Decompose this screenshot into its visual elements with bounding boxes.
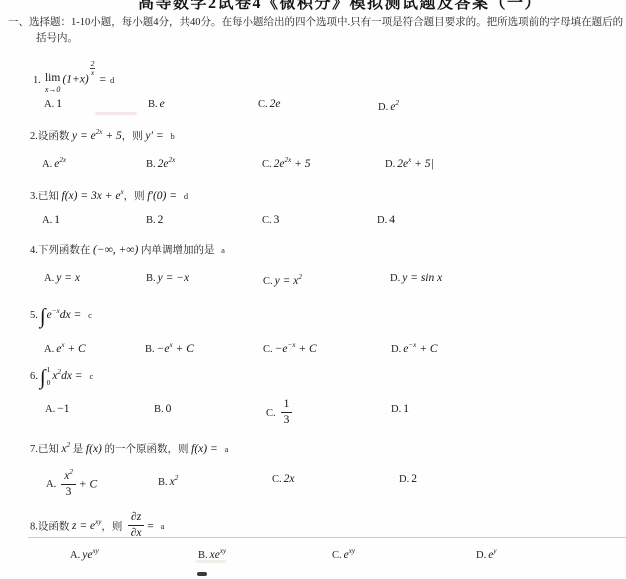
question-3-mid: ，则 [124, 191, 148, 202]
option-d-value: e−x + C [403, 343, 437, 355]
option-a: A.−1 [45, 400, 69, 418]
scan-artifact-smudge [196, 560, 226, 563]
instructions-line-1: 一、选择题：1-10小题，每小题4分，共40分。在每小题给出的四个选项中.只有一… [8, 16, 623, 30]
integral-limits: 10 [47, 366, 51, 386]
option-b-value: −ex + C [157, 343, 194, 355]
question-1-stem: 1.limx→0(1+x)2x=d [33, 60, 114, 94]
option-c-value: 2e [270, 98, 281, 110]
question-5-math: e−xdx = [47, 309, 84, 321]
question-1-number: 1. [33, 75, 41, 86]
question-7-math3: f(x) = [191, 443, 220, 455]
question-6-math: x2dx = [52, 370, 85, 382]
option-c-value: −e−x + C [275, 343, 317, 355]
option-d: D.e2 [378, 95, 399, 116]
option-a-value: y = x [56, 272, 80, 284]
fraction-denominator: 3 [281, 413, 293, 427]
option-c-value: 3 [274, 214, 280, 226]
fraction-numerator: 1 [281, 398, 293, 413]
integral-upper-limit: 1 [47, 366, 51, 374]
question-7-prefix: 7.已知 [30, 444, 62, 455]
question-2-math: y = e2x + 5 [72, 130, 122, 142]
option-d-value: 2ex + 5| [397, 158, 433, 170]
option-b: B.x2 [158, 470, 178, 491]
option-b-value: y = −x [158, 272, 189, 284]
question-8-prefix: 8.设函数 [30, 521, 72, 532]
option-c: C.3 [262, 211, 279, 229]
option-c: C.−e−x + C [263, 337, 317, 358]
next-line-cutoff-mark [197, 572, 207, 576]
option-a: A.1 [42, 211, 60, 229]
option-a-value: −1 [57, 403, 69, 415]
question-3-prefix: 3.已知 [30, 191, 62, 202]
answer-letter: a [221, 245, 225, 255]
option-c-fraction: 13 [281, 398, 293, 427]
scan-artifact-smudge [95, 112, 137, 115]
option-d-value: ey [488, 549, 496, 561]
limit-operator: lim [45, 73, 61, 85]
option-d-value: y = sin x [402, 272, 442, 284]
option-c: C.exy [332, 543, 355, 564]
equals-sign: = [99, 74, 106, 86]
answer-letter: d [184, 191, 188, 201]
question-8-options: A.yexy B.xexy C.exy D.ey [0, 543, 626, 563]
question-2-derivative: y′ = [145, 130, 166, 142]
option-d: D.4 [377, 211, 395, 229]
question-7-mid2: 的一个原函数，则 [102, 444, 191, 455]
option-b-value: e [160, 98, 165, 110]
option-a-value: e2x [54, 158, 66, 170]
answer-letter: a [161, 521, 165, 531]
option-d-value: 1 [403, 403, 409, 415]
option-c-value: 2e2x + 5 [274, 158, 311, 170]
equals-sign: = [147, 520, 156, 532]
option-d: D.y = sin x [390, 269, 442, 287]
question-6-stem: 6.∫10x2dx = c [30, 364, 93, 388]
option-a: A.1 [44, 95, 62, 113]
option-a: A.yexy [70, 543, 99, 564]
option-b: B.2 [146, 211, 163, 229]
question-8-math: z = exy [72, 520, 101, 532]
answer-letter: b [170, 131, 174, 141]
question-3-options: A.1 B.2 C.3 D.4 [0, 211, 626, 231]
option-d: D.1 [391, 400, 409, 418]
option-d-value: 2 [411, 473, 417, 485]
fraction-denominator: ∂x [128, 526, 144, 540]
limit-body: (1+x) [62, 74, 88, 86]
option-c: C.2e2x + 5 [262, 152, 311, 173]
option-b: B.y = −x [146, 269, 189, 287]
limit-expression: limx→0 [45, 73, 61, 94]
question-4-options: A.y = x B.y = −x C.y = x2 D.y = sin x [0, 269, 626, 289]
question-3-stem: 3.已知 f(x) = 3x + ex，则 f′(0) = d [30, 184, 188, 205]
question-4-mid: 内单调增加的是 [138, 245, 217, 256]
option-a: A.x23+ C [46, 468, 97, 499]
question-3-math: f(x) = 3x + ex [62, 190, 124, 202]
fraction-denominator: 3 [61, 485, 76, 499]
option-a-fraction: x23 [61, 468, 76, 499]
instructions-line-2: 括号内。 [36, 32, 78, 46]
question-7-options: A.x23+ C B.x2 C.2x D.2 [0, 470, 626, 490]
exponent-denominator: x [90, 69, 96, 77]
page-title-clipped: 高等数学2试卷4《微积分》模拟测试题及答案（一） [138, 0, 542, 10]
fraction-numerator: ∂z [128, 511, 144, 526]
option-b-value: 0 [166, 403, 172, 415]
exponent-fraction: 2x [90, 60, 96, 76]
option-a-value: ex + C [56, 343, 85, 355]
option-b-value: 2 [158, 214, 164, 226]
answer-letter: a [225, 444, 229, 454]
option-d: D.2ex + 5| [385, 152, 434, 173]
option-d: D.e−x + C [391, 337, 438, 358]
option-a: A.ex + C [44, 337, 86, 358]
option-c-value: 2x [284, 473, 295, 485]
question-7-stem: 7.已知 x2 是 f(x) 的一个原函数，则 f(x) = a [30, 437, 228, 458]
option-a-value: yexy [82, 549, 99, 561]
option-c-value: y = x2 [275, 275, 302, 287]
option-c: C.2x [272, 470, 295, 488]
question-7-mid1: 是 [70, 444, 86, 455]
horizontal-divider [28, 537, 626, 538]
integral-lower-limit: 0 [47, 379, 51, 387]
limit-subscript: x→0 [45, 86, 61, 94]
question-4-prefix: 4.下列函数在 [30, 245, 93, 256]
question-4-stem: 4.下列函数在 (−∞, +∞) 内单调增加的是 a [30, 240, 225, 259]
question-2-options: A.e2x B.2e2x C.2e2x + 5 D.2ex + 5| [0, 152, 626, 172]
option-a-value: 1 [54, 214, 60, 226]
option-a-suffix: + C [79, 478, 97, 490]
option-b: B.−ex + C [145, 337, 194, 358]
option-b-value: 2e2x [158, 158, 176, 170]
option-d: D.ey [476, 543, 497, 564]
option-b: B.e [148, 95, 165, 113]
question-4-interval: (−∞, +∞) [93, 244, 138, 256]
question-5-number: 5. [30, 310, 38, 321]
option-b: B.2e2x [146, 152, 175, 173]
page-title-text: 高等数学2试卷4《微积分》模拟测试题及答案（一） [138, 0, 542, 10]
question-2-prefix: 2.设函数 [30, 131, 72, 142]
question-7-math2: f(x) [86, 443, 102, 455]
option-a: A.y = x [44, 269, 80, 287]
question-1-options: A.1 B.e C.2e D.e2 [0, 95, 626, 115]
question-7-math1: x2 [62, 443, 71, 455]
option-d-value: e2 [390, 101, 399, 113]
question-2-stem: 2.设函数 y = e2x + 5，则 y′ = b [30, 124, 175, 145]
option-c-value: exy [344, 549, 355, 561]
option-b-value: x2 [170, 476, 179, 488]
question-6-number: 6. [30, 371, 38, 382]
integral-sign: ∫ [40, 365, 46, 389]
question-3-derivative: f′(0) = [147, 190, 180, 202]
answer-letter: c [88, 310, 92, 320]
option-d-value: 4 [389, 214, 395, 226]
option-b: B.0 [154, 400, 171, 418]
question-6-options: A.−1 B.0 C.13 D.1 [0, 400, 626, 420]
fraction-numerator: x2 [61, 468, 76, 485]
question-2-mid: ，则 [122, 131, 146, 142]
answer-letter: d [110, 75, 114, 85]
exam-document-page: 高等数学2试卷4《微积分》模拟测试题及答案（一） 一、选择题：1-10小题，每小… [0, 0, 626, 579]
question-5-stem: 5.∫e−xdx = c [30, 303, 92, 327]
option-a-value: 1 [56, 98, 62, 110]
option-c: C.13 [266, 398, 295, 427]
integral-sign: ∫ [40, 304, 46, 328]
option-d: D.2 [399, 470, 417, 488]
option-c: C.2e [258, 95, 281, 113]
option-c: C.y = x2 [263, 269, 302, 290]
question-8-mid: ，则 [101, 521, 125, 532]
answer-letter: c [89, 371, 93, 381]
question-5-options: A.ex + C B.−ex + C C.−e−x + C D.e−x + C [0, 337, 626, 357]
option-a: A.e2x [42, 152, 66, 173]
